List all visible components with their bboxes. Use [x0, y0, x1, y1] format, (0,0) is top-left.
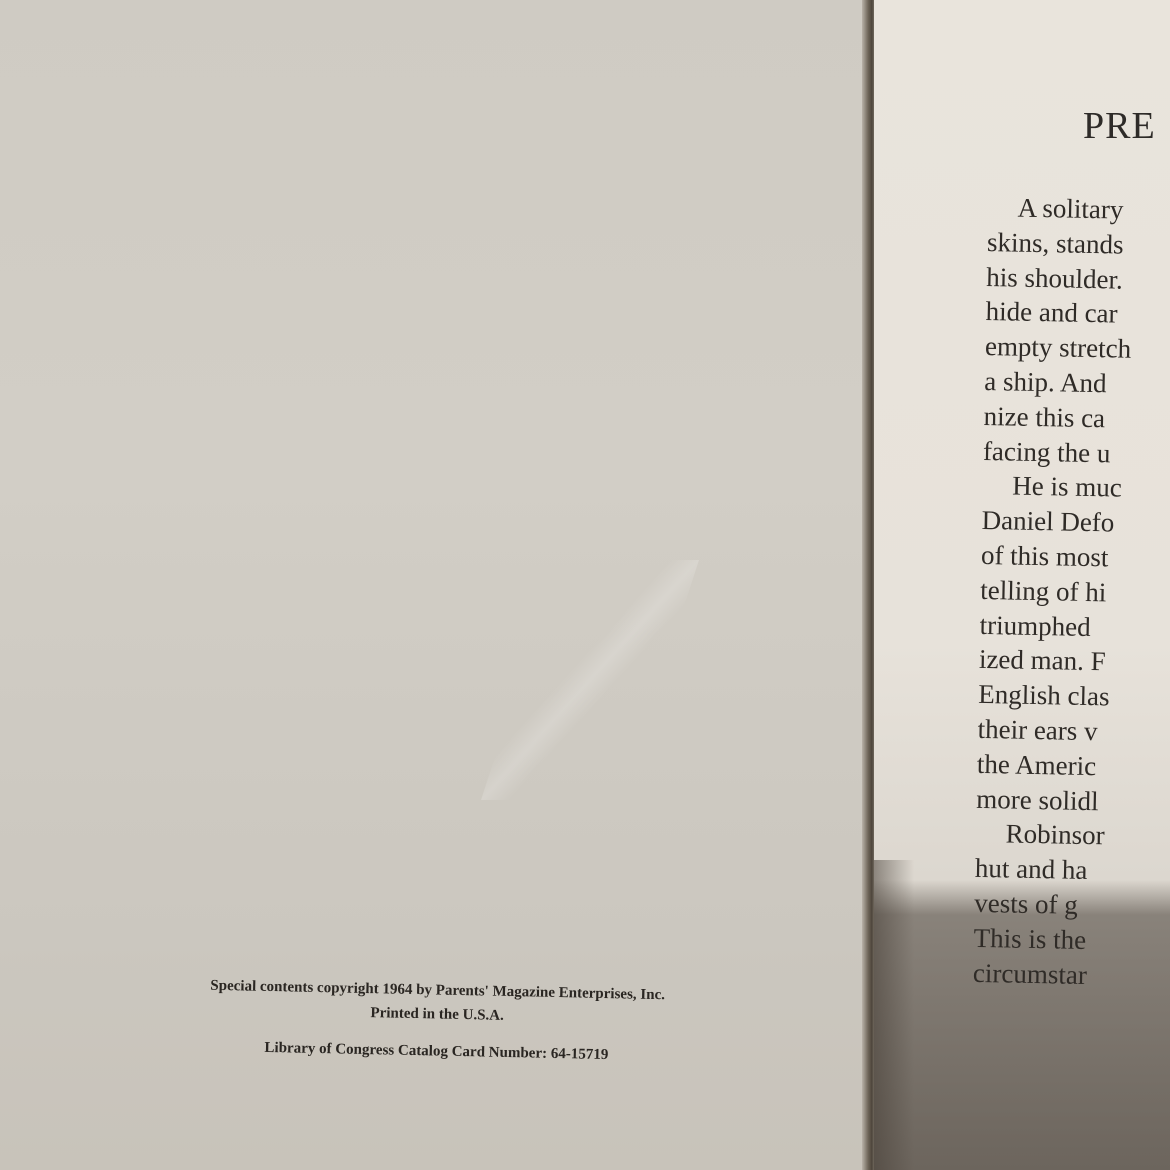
text-line: telling of hi: [980, 573, 1127, 611]
text-line: hide and car: [985, 294, 1132, 332]
text-line: empty stretch: [985, 329, 1132, 367]
text-line: triumphed: [979, 607, 1126, 645]
text-line: English clas: [978, 677, 1125, 715]
text-line: a ship. And: [984, 364, 1131, 402]
text-line: This is the: [973, 921, 1120, 959]
text-line: more solidl: [976, 781, 1123, 819]
text-line: their ears v: [977, 712, 1124, 750]
left-page: Special contents copyright 1964 by Paren…: [0, 0, 865, 1170]
text-line: of this most: [981, 538, 1128, 576]
text-line: A solitary: [987, 190, 1134, 228]
text-line: Daniel Defo: [981, 503, 1128, 541]
text-line: facing the u: [983, 434, 1130, 472]
paper-crease: [481, 560, 699, 800]
preface-body: A solitary skins, stands his shoulder. h…: [973, 190, 1135, 993]
text-line: ized man. F: [979, 642, 1126, 680]
text-line: Robinsor: [975, 816, 1122, 854]
copyright-block: Special contents copyright 1964 by Paren…: [126, 972, 748, 1070]
text-line: nize this ca: [983, 399, 1130, 437]
preface-title: PRE: [1083, 104, 1156, 148]
text-line: skins, stands: [987, 225, 1134, 263]
text-line: vests of g: [974, 886, 1121, 924]
text-line: circumstar: [973, 955, 1120, 993]
lccn-line: Library of Congress Catalog Card Number:…: [126, 1033, 746, 1070]
text-line: He is muc: [982, 468, 1129, 506]
text-line: hut and ha: [975, 851, 1122, 889]
text-line: the Americ: [977, 747, 1124, 785]
text-line: his shoulder.: [986, 260, 1133, 298]
